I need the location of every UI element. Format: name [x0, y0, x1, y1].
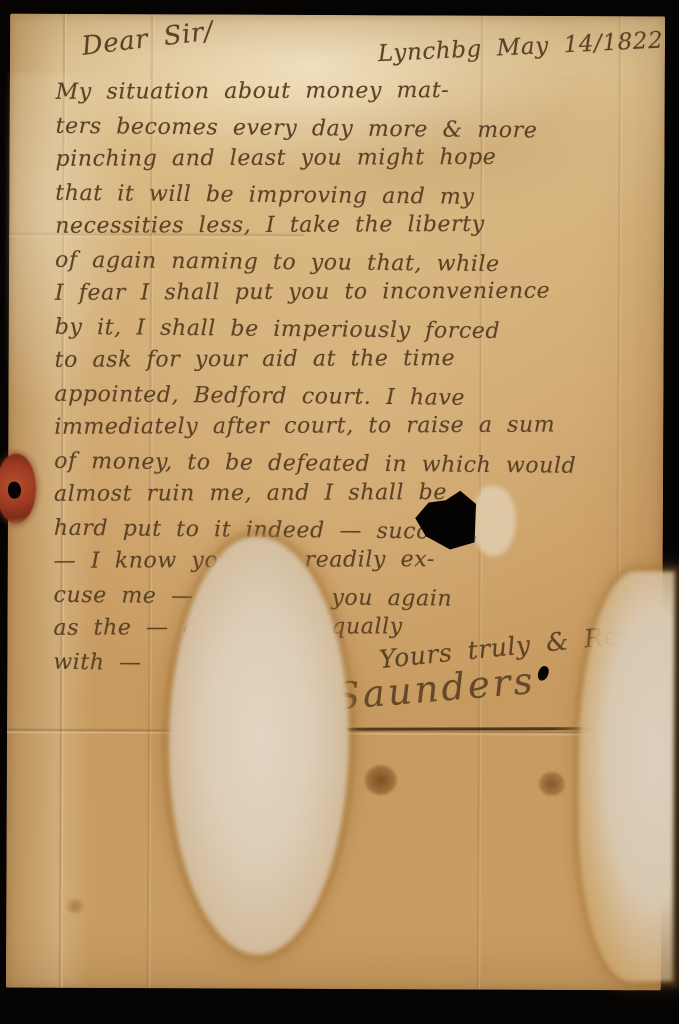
letter-line: almost ruin me, and I shall be — [54, 475, 644, 511]
ink-blot-right — [539, 772, 565, 796]
letter-line: necessities less, I take the liberty — [55, 207, 645, 243]
foxing-spot — [66, 899, 84, 914]
letter-line: — I know you will readily ex- — [54, 542, 644, 578]
dateline: Lynchbg May 14/1822 — [377, 27, 664, 67]
ink-blot-left — [365, 765, 397, 795]
abraded-patch — [474, 486, 516, 556]
water-stain-center — [168, 536, 350, 955]
letter-line: pinching and least you might hope — [55, 140, 645, 176]
salutation: Dear Sir/ — [80, 16, 215, 61]
letter-body: My situation about money mat-ters become… — [53, 76, 646, 682]
letter-line: I fear I shall put you to inconvenience — [55, 274, 645, 310]
letter-line: immediately after court, to raise a sum — [54, 408, 644, 444]
letter-line: My situation about money mat- — [56, 73, 646, 109]
paper-hole-at-seal — [8, 482, 21, 499]
scanner-background: { "scan": { "background_color": "#050403… — [0, 0, 679, 1024]
letter-line: to ask for your aid at the time — [55, 341, 645, 377]
letter-paper: Dear Sir/ Lynchbg May 14/1822 My situati… — [6, 14, 665, 991]
